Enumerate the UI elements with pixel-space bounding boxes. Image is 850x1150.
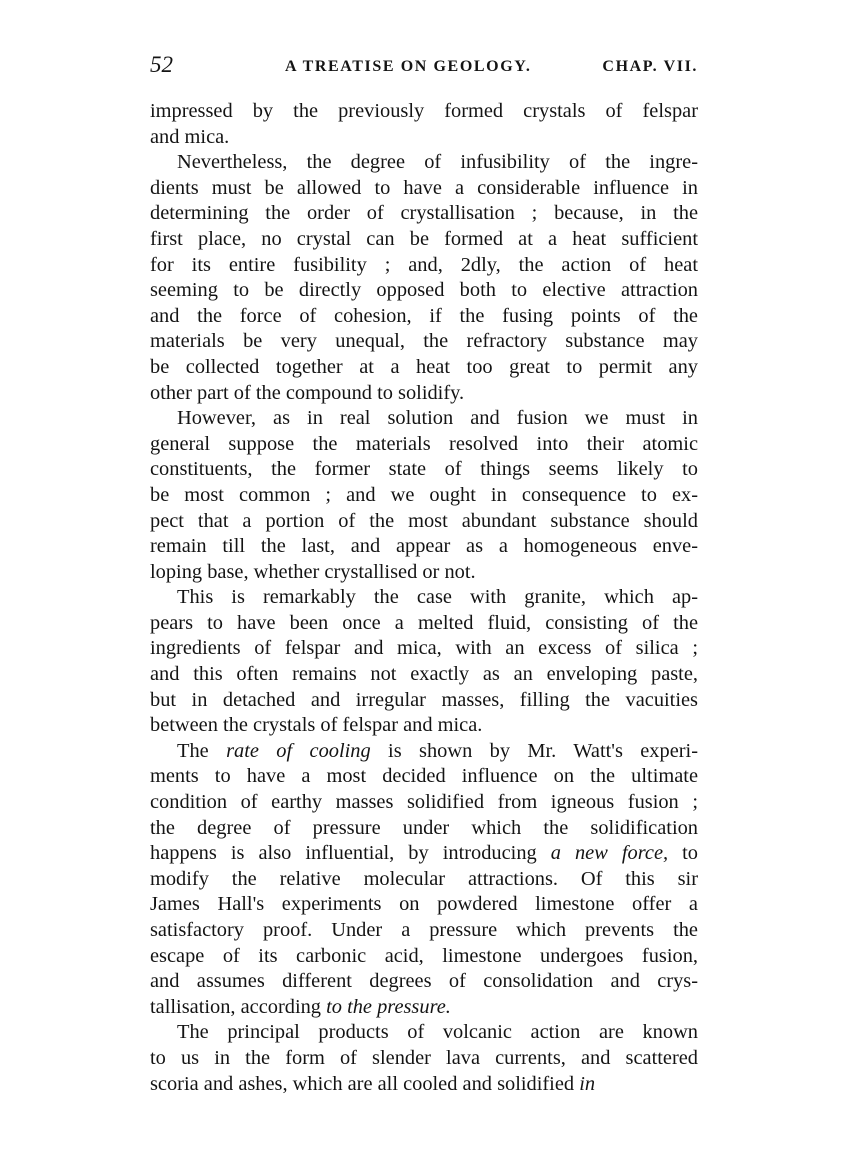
text-line: and mica.	[150, 125, 698, 151]
text-line: modify the relative molecular attraction…	[150, 867, 698, 893]
text-line: escape of its carbonic acid, limestone u…	[150, 944, 698, 970]
text-line: ments to have a most decided influence o…	[150, 764, 698, 790]
paragraph: The principal products of volcanic actio…	[150, 1020, 698, 1097]
text-line: and the force of cohesion, if the fusing…	[150, 304, 698, 330]
paragraph: The rate of cooling is shown by Mr. Watt…	[150, 739, 698, 1021]
book-title: A TREATISE ON GEOLOGY.	[285, 58, 532, 76]
chapter-label: CHAP. VII.	[602, 58, 698, 76]
italic-phrase: a new force,	[551, 842, 668, 864]
book-page: 52 A TREATISE ON GEOLOGY. CHAP. VII. imp…	[150, 52, 698, 1097]
text-line: between the crystals of felspar and mica…	[150, 713, 698, 739]
text-line: constituents, the former state of things…	[150, 457, 698, 483]
text-line: The principal products of volcanic actio…	[150, 1020, 698, 1046]
text-line: first place, no crystal can be formed at…	[150, 227, 698, 253]
text-line: the degree of pressure under which the s…	[150, 816, 698, 842]
text-line: ingredients of felspar and mica, with an…	[150, 636, 698, 662]
text-line: pears to have been once a melted fluid, …	[150, 611, 698, 637]
text-line: general suppose the materials resolved i…	[150, 432, 698, 458]
text-line: to us in the form of slender lava curren…	[150, 1046, 698, 1072]
text-line: loping base, whether crystallised or not…	[150, 560, 698, 586]
text-line: and assumes different degrees of consoli…	[150, 969, 698, 995]
text-line: condition of earthy masses solidified fr…	[150, 790, 698, 816]
body-text: impressed by the previously formed cryst…	[150, 99, 698, 1097]
text-line: and this often remains not exactly as an…	[150, 662, 698, 688]
text-line: but in detached and irregular masses, fi…	[150, 688, 698, 714]
italic-phrase: to the pressure.	[326, 996, 451, 1018]
text-line: James Hall's experiments on powdered lim…	[150, 892, 698, 918]
text-line: determining the order of crystallisation…	[150, 201, 698, 227]
text-line: impressed by the previously formed cryst…	[150, 99, 698, 125]
page-number: 52	[150, 52, 173, 78]
text-line: other part of the compound to solidify.	[150, 381, 698, 407]
text-line: tallisation, according to the pressure.	[150, 995, 698, 1021]
text-line: for its entire fusibility ; and, 2dly, t…	[150, 253, 698, 279]
text-line: scoria and ashes, which are all cooled a…	[150, 1072, 698, 1098]
text-line: dients must be allowed to have a conside…	[150, 176, 698, 202]
text-line: satisfactory proof. Under a pressure whi…	[150, 918, 698, 944]
text-line: happens is also influential, by introduc…	[150, 841, 698, 867]
paragraph: This is remarkably the case with granite…	[150, 585, 698, 739]
text-line: be collected together at a heat too grea…	[150, 355, 698, 381]
text-line: pect that a portion of the most abundant…	[150, 509, 698, 535]
paragraph: impressed by the previously formed cryst…	[150, 99, 698, 150]
text-line: This is remarkably the case with granite…	[150, 585, 698, 611]
text-line: remain till the last, and appear as a ho…	[150, 534, 698, 560]
paragraph: Nevertheless, the degree of infusibility…	[150, 150, 698, 406]
running-head: 52 A TREATISE ON GEOLOGY. CHAP. VII.	[150, 52, 698, 92]
text-line: However, as in real solution and fusion …	[150, 406, 698, 432]
text-line: materials be very unequal, the refractor…	[150, 329, 698, 355]
text-line: seeming to be directly opposed both to e…	[150, 278, 698, 304]
italic-phrase: rate of cooling	[226, 740, 371, 762]
italic-phrase: in	[579, 1073, 595, 1095]
text-line: The rate of cooling is shown by Mr. Watt…	[150, 739, 698, 765]
text-line: be most common ; and we ought in consequ…	[150, 483, 698, 509]
text-line: Nevertheless, the degree of infusibility…	[150, 150, 698, 176]
paragraph: However, as in real solution and fusion …	[150, 406, 698, 585]
